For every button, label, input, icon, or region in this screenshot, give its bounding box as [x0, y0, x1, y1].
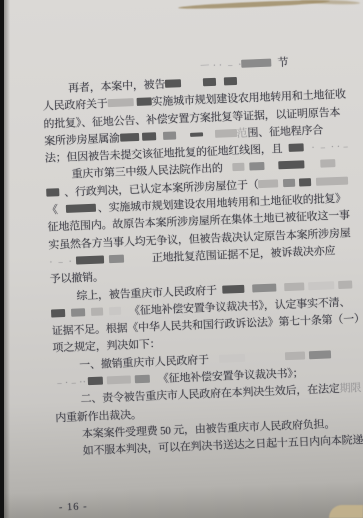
judgment-text-block: － · · ﹣ ·节再者，本案中，被告人民政府关于实施城市规划建设农用地转用和土… [41, 50, 363, 513]
faint-text-segment: · ﹣ · [49, 253, 72, 270]
redaction-block [249, 162, 264, 171]
redaction-block [76, 255, 104, 264]
redaction-block [203, 78, 216, 87]
faint-text-segment: － · · ﹣ · [199, 55, 242, 73]
spacer [245, 356, 285, 358]
spacer [56, 433, 82, 434]
redaction-block [51, 309, 65, 318]
redaction-block [142, 132, 156, 141]
paper-bottom-corner-background [329, 505, 363, 518]
spacer [176, 135, 190, 136]
redaction-block [107, 98, 133, 107]
redaction-block [66, 204, 96, 213]
redaction-block [232, 163, 244, 171]
spacer [181, 82, 203, 83]
faint-text-segment: 期限 [339, 379, 361, 396]
redaction-block [316, 176, 348, 185]
redaction-block [120, 133, 139, 142]
redaction-block [338, 280, 352, 289]
redaction-block [308, 281, 334, 290]
redaction-block [71, 308, 85, 317]
document-photo: － · · ﹣ ·节再者，本案中，被告人民政府关于实施城市规划建设农用地转用和土… [0, 0, 363, 518]
redaction-block [258, 179, 278, 188]
redaction-block [223, 284, 245, 293]
redaction-block [299, 178, 311, 186]
spacer [41, 65, 199, 71]
text-segment: 案所涉房屋属渝 [44, 130, 120, 149]
redaction-block [109, 307, 121, 315]
spacer [124, 257, 152, 258]
text-segment: 予以撤销。 [49, 269, 104, 287]
spacer [57, 451, 83, 452]
redaction-block [163, 131, 176, 140]
spacer [265, 166, 279, 167]
redaction-block [135, 375, 150, 384]
redaction-block [88, 377, 103, 386]
spacer [55, 399, 81, 400]
redaction-block [107, 375, 131, 384]
spacer [42, 88, 68, 89]
redaction-block [283, 178, 295, 186]
redaction-block [219, 354, 245, 363]
redaction-block [91, 307, 103, 315]
redaction-block [284, 282, 304, 291]
text-segment: 《 [47, 201, 58, 217]
redaction-block [190, 132, 203, 137]
redaction-block [215, 129, 237, 138]
redaction-block [288, 143, 303, 152]
redaction-block [284, 351, 304, 360]
redaction-block [320, 159, 335, 168]
paper-left-edge-shadow [4, 0, 10, 518]
redaction-block [46, 188, 59, 197]
redaction-block [253, 283, 277, 292]
redaction-block [165, 79, 181, 88]
spacer [46, 174, 72, 175]
faint-text-segment: ﹣·﹣·· [54, 373, 87, 390]
spacer [53, 364, 79, 365]
faint-text-segment: · ﹣ · ·﹣ [311, 138, 351, 156]
text-segment: 节 [277, 54, 288, 70]
spacer [305, 164, 321, 165]
redaction-block [241, 58, 271, 67]
redaction-block [109, 255, 124, 264]
text-segment: 围、征地程序合 [247, 121, 323, 140]
spacer [50, 295, 76, 296]
redaction-block [278, 161, 304, 170]
faint-text-segment: 范 [236, 124, 247, 140]
redaction-block [308, 350, 330, 359]
redaction-block [136, 98, 151, 107]
redaction-block [224, 77, 237, 86]
text-segment: 人民政府关于 [42, 95, 107, 114]
